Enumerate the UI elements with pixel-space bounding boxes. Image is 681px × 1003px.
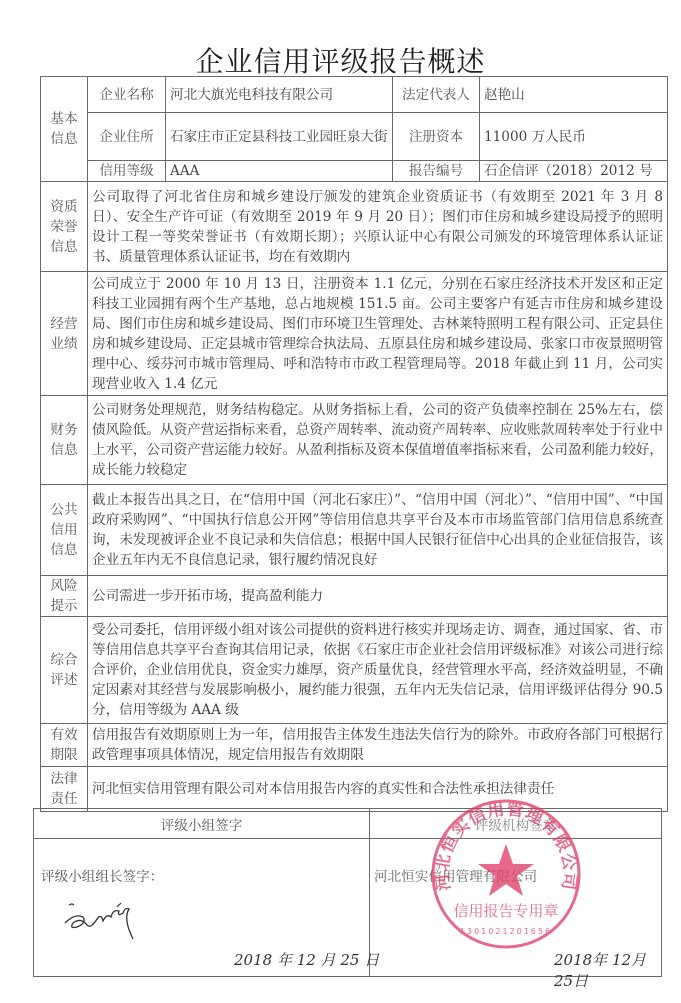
stamp-number: 1301021201656 bbox=[460, 927, 552, 936]
section-text-financial: 公司财务处理规范，财务结构稳定。从财务指标上看，公司的资产负债率控制在 25%左… bbox=[88, 396, 668, 485]
section-text-summary: 受公司委托，信用评级小组对该公司提供的资料进行核实并现场走访、调查，通过国家、省… bbox=[88, 617, 668, 724]
section-text-performance: 公司成立于 2000 年 10 月 13 日，注册资本 1.1 亿元，分别在石家… bbox=[88, 272, 668, 396]
team-leader-signature-label: 评级小组组长签字： bbox=[41, 865, 163, 885]
section-label-public-credit: 公共信用信息 bbox=[41, 485, 88, 576]
value-company-name: 河北大旗光电科技有限公司 bbox=[166, 77, 393, 113]
value-legal-representative: 赵艳山 bbox=[480, 77, 668, 113]
label-company-name: 企业名称 bbox=[88, 77, 166, 113]
section-label-performance: 经营业绩 bbox=[41, 272, 88, 396]
label-company-address: 企业住所 bbox=[88, 113, 166, 161]
basic-info-row-name: 基本信息 企业名称 河北大旗光电科技有限公司 法定代表人 赵艳山 bbox=[41, 77, 668, 113]
label-credit-rating: 信用等级 bbox=[88, 161, 166, 182]
section-row-performance: 经营业绩 公司成立于 2000 年 10 月 13 日，注册资本 1.1 亿元，… bbox=[41, 272, 668, 396]
section-label-summary: 综合评述 bbox=[41, 617, 88, 724]
section-row-financial: 财务信息 公司财务处理规范，财务结构稳定。从财务指标上看，公司的资产负债率控制在… bbox=[41, 396, 668, 485]
section-label-risk: 风险提示 bbox=[41, 576, 88, 617]
section-label-financial: 财务信息 bbox=[41, 396, 88, 485]
handwritten-signature-icon bbox=[55, 885, 155, 945]
section-text-validity: 信用报告有效期原则上为一年，信用报告主体发生违法失信行为的除外。市政府各部门可根… bbox=[88, 724, 668, 767]
value-credit-rating: AAA bbox=[166, 161, 393, 182]
rating-team-signature-header: 评级小组签字 bbox=[34, 814, 369, 834]
section-label-qualifications: 资质荣誉信息 bbox=[41, 182, 88, 272]
report-table: 基本信息 企业名称 河北大旗光电科技有限公司 法定代表人 赵艳山 企业住所 石家… bbox=[40, 76, 668, 812]
label-legal-representative: 法定代表人 bbox=[393, 77, 480, 113]
official-seal-icon: 河北恒实信用管理有限公司 信用报告专用章 1301021201656 bbox=[430, 798, 582, 950]
section-text-qualifications: 公司取得了河北省住房和城乡建设厅颁发的建筑企业资质证书（有效期至 2021 年 … bbox=[88, 182, 668, 272]
section-row-qualifications: 资质荣誉信息 公司取得了河北省住房和城乡建设厅颁发的建筑企业资质证书（有效期至 … bbox=[41, 182, 668, 272]
section-row-risk: 风险提示 公司需进一步开拓市场，提高盈利能力 bbox=[41, 576, 668, 617]
value-report-number: 石企信评（2018）2012 号 bbox=[480, 161, 668, 182]
section-row-validity: 有效期限 信用报告有效期原则上为一年，信用报告主体发生违法失信行为的除外。市政府… bbox=[41, 724, 668, 767]
stamp-center-text: 信用报告专用章 bbox=[453, 902, 558, 920]
section-label-validity: 有效期限 bbox=[41, 724, 88, 767]
section-text-risk: 公司需进一步开拓市场，提高盈利能力 bbox=[88, 576, 668, 617]
section-label-basic-info: 基本信息 bbox=[41, 77, 88, 182]
section-text-public-credit: 截止本报告出具之日，在“信用中国（河北石家庄）”、“信用中国（河北）”、“信用中… bbox=[88, 485, 668, 576]
section-row-public-credit: 公共信用信息 截止本报告出具之日，在“信用中国（河北石家庄）”、“信用中国（河北… bbox=[41, 485, 668, 576]
label-report-number: 报告编号 bbox=[393, 161, 480, 182]
agency-seal-date: 2018年 12月 25日 bbox=[554, 949, 661, 991]
value-company-address: 石家庄市正定县科技工业园旺泉大街 bbox=[166, 113, 393, 161]
team-signature-date: 2018 年 12 月 25 日 bbox=[234, 949, 379, 970]
section-row-summary: 综合评述 受公司委托，信用评级小组对该公司提供的资料进行核实并现场走访、调查，通… bbox=[41, 617, 668, 724]
basic-info-row-rating: 信用等级 AAA 报告编号 石企信评（2018）2012 号 bbox=[41, 161, 668, 182]
section-label-legal: 法律责任 bbox=[41, 767, 88, 812]
page-title: 企业信用评级报告概述 bbox=[0, 40, 681, 80]
basic-info-row-address: 企业住所 石家庄市正定县科技工业园旺泉大街 注册资本 11000 万人民币 bbox=[41, 113, 668, 161]
value-registered-capital: 11000 万人民币 bbox=[480, 113, 668, 161]
label-registered-capital: 注册资本 bbox=[393, 113, 480, 161]
